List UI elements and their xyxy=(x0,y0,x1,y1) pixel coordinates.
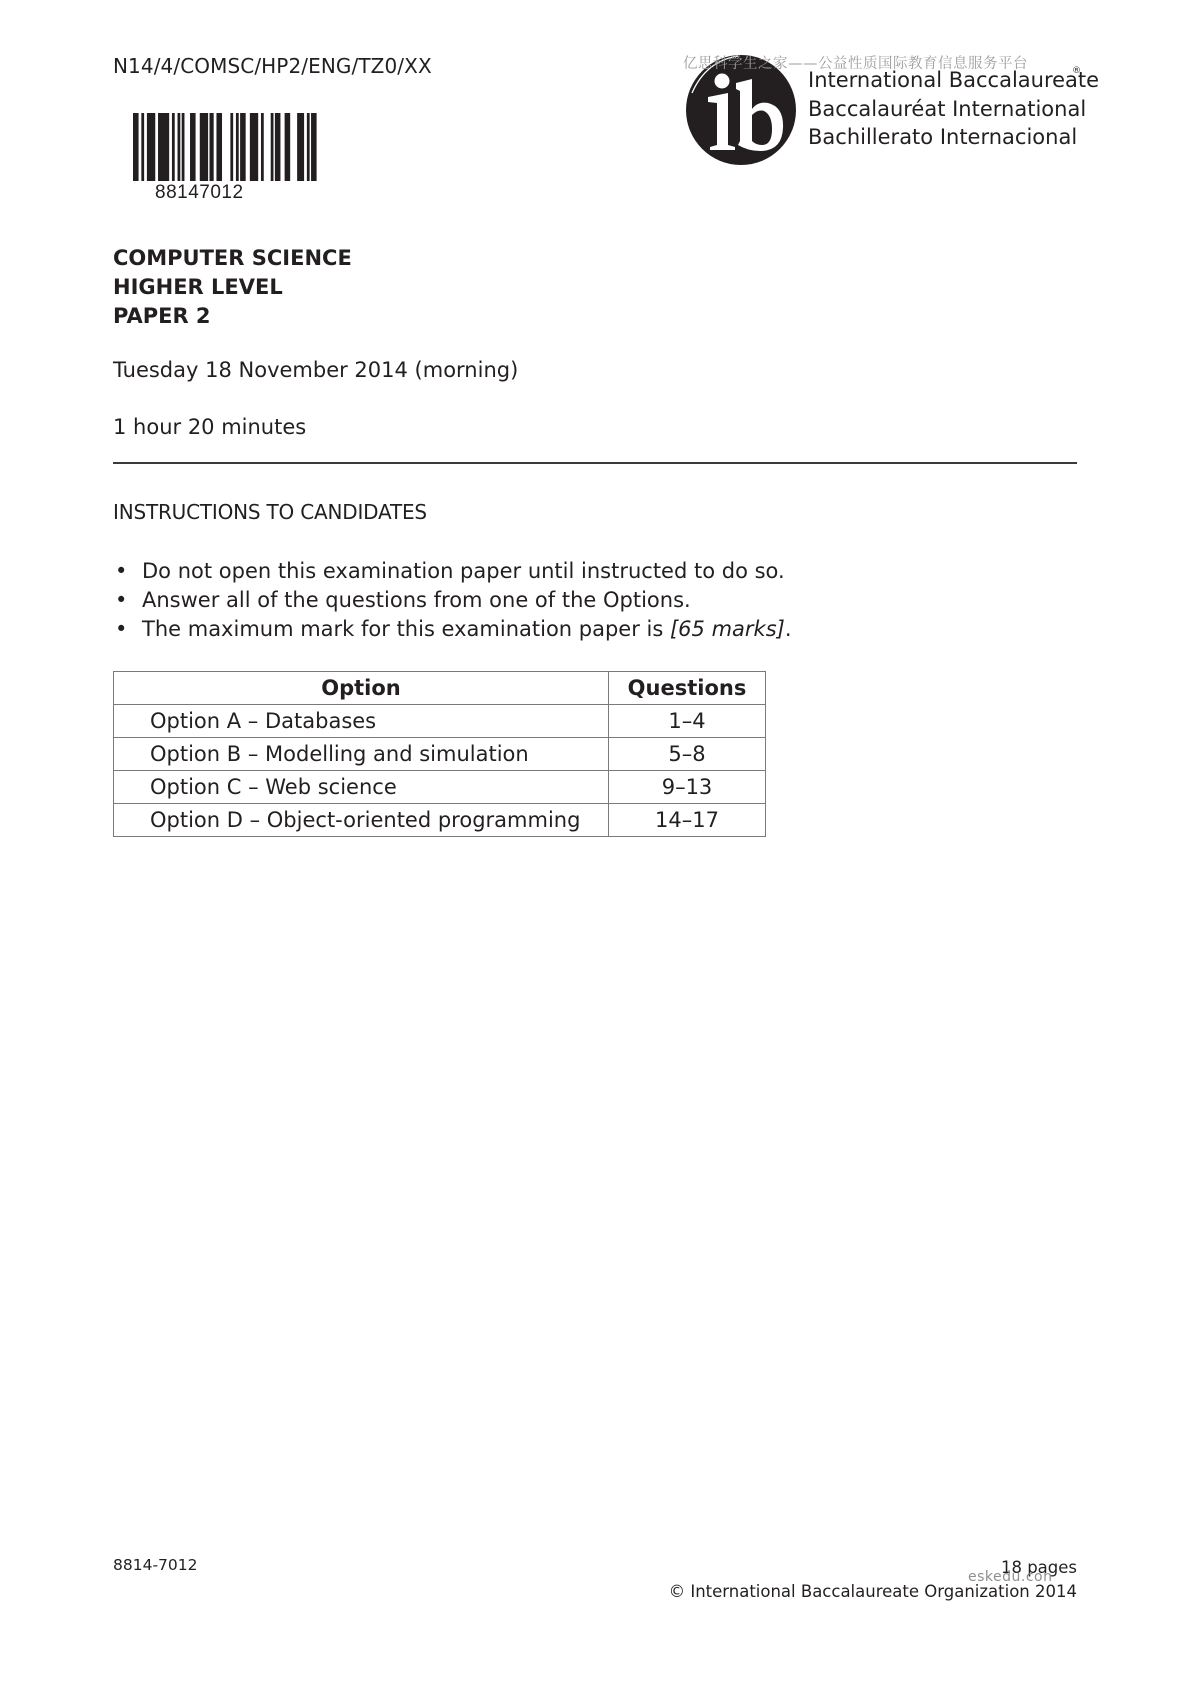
column-header-questions: Questions xyxy=(609,672,766,705)
exam-duration: 1 hour 20 minutes xyxy=(113,415,306,439)
instruction-item: • The maximum mark for this examination … xyxy=(113,615,792,644)
table-row: Option B – Modelling and simulation 5–8 xyxy=(114,738,766,771)
divider xyxy=(113,462,1077,464)
bullet-icon: • xyxy=(115,586,127,615)
organization-names: International Baccalaureate Baccalauréat… xyxy=(808,66,1099,152)
watermark-footer: eskedu.con xyxy=(968,1569,1052,1585)
questions-cell: 1–4 xyxy=(609,705,766,738)
barcode-number: 88147012 xyxy=(155,182,244,204)
bullet-icon: • xyxy=(115,615,127,644)
paper-code: N14/4/COMSC/HP2/ENG/TZ0/XX xyxy=(113,54,432,78)
level-title: HIGHER LEVEL xyxy=(113,273,352,302)
paper-number: PAPER 2 xyxy=(113,302,352,331)
subject-title: COMPUTER SCIENCE xyxy=(113,244,352,273)
registered-mark: ® xyxy=(1072,66,1081,76)
instruction-item: • Answer all of the questions from one o… xyxy=(113,586,792,615)
instruction-text: The maximum mark for this examination pa… xyxy=(142,617,670,641)
options-table: Option Questions Option A – Databases 1–… xyxy=(113,671,766,837)
org-name-english: International Baccalaureate xyxy=(808,66,1099,95)
questions-cell: 14–17 xyxy=(609,804,766,837)
table-row: Option C – Web science 9–13 xyxy=(114,771,766,804)
footer-code: 8814-7012 xyxy=(113,1556,198,1574)
table-row: Option D – Object-oriented programming 1… xyxy=(114,804,766,837)
questions-cell: 9–13 xyxy=(609,771,766,804)
org-name-spanish: Bachillerato Internacional xyxy=(808,123,1099,152)
bullet-icon: • xyxy=(115,557,127,586)
paper-title: COMPUTER SCIENCE HIGHER LEVEL PAPER 2 xyxy=(113,244,352,331)
max-marks: [65 marks] xyxy=(670,617,785,641)
option-cell: Option B – Modelling and simulation xyxy=(114,738,609,771)
questions-cell: 5–8 xyxy=(609,738,766,771)
column-header-option: Option xyxy=(114,672,609,705)
instruction-item: • Do not open this examination paper unt… xyxy=(113,557,792,586)
instruction-text: Answer all of the questions from one of … xyxy=(142,588,691,612)
instructions-list: • Do not open this examination paper unt… xyxy=(113,557,792,644)
option-cell: Option A – Databases xyxy=(114,705,609,738)
barcode-icon xyxy=(133,113,318,181)
option-cell: Option C – Web science xyxy=(114,771,609,804)
instruction-suffix: . xyxy=(785,617,792,641)
table-header-row: Option Questions xyxy=(114,672,766,705)
option-cell: Option D – Object-oriented programming xyxy=(114,804,609,837)
instruction-text: Do not open this examination paper until… xyxy=(142,559,785,583)
org-name-french: Baccalauréat International xyxy=(808,95,1099,124)
table-row: Option A – Databases 1–4 xyxy=(114,705,766,738)
instructions-heading: INSTRUCTIONS TO CANDIDATES xyxy=(113,500,427,524)
exam-date: Tuesday 18 November 2014 (morning) xyxy=(113,358,518,382)
